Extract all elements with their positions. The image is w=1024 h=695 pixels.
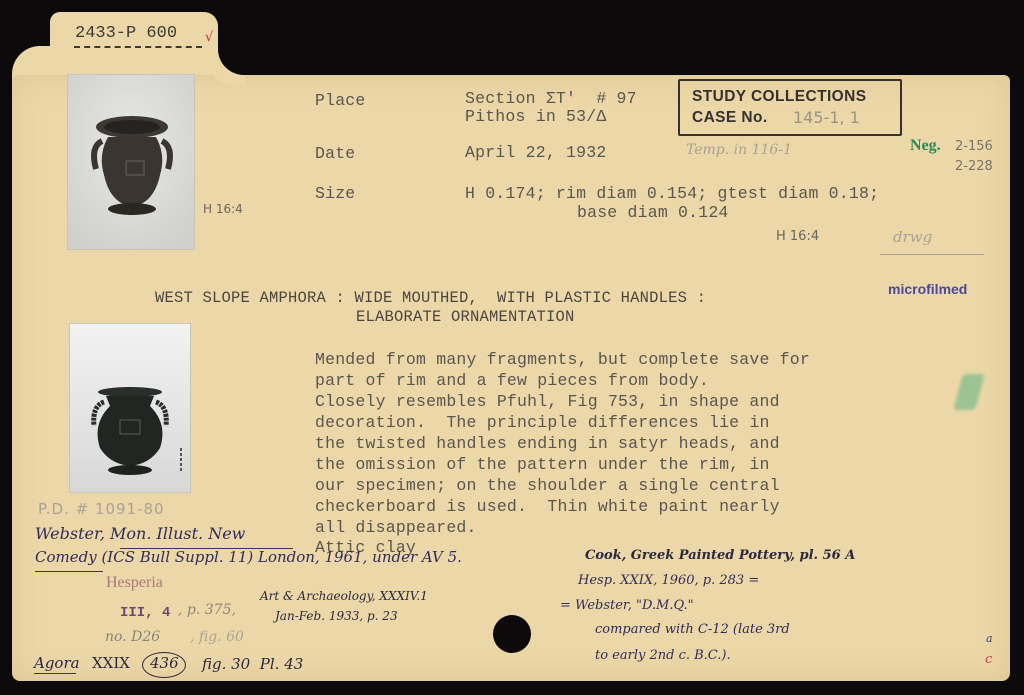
place-label: Place [315, 91, 366, 110]
art-archaeology-line2: Jan-Feb. 1933, p. 23 [275, 609, 398, 623]
date-value: April 22, 1932 [465, 143, 606, 162]
microfilmed-stamp: microfilmed [888, 281, 967, 297]
webster-ref-line2: Comedy (ICS Bull Suppl. 11) London, 1961… [35, 548, 462, 566]
cook-ref: Cook, Greek Painted Pottery, pl. 56 A [585, 548, 855, 563]
catalog-number: 2433-P 600 [75, 24, 177, 43]
card-tab-notch [218, 12, 258, 75]
compared-note-line1: compared with C-12 (late 3rd [595, 622, 790, 637]
neg-value-1: 2-156 [955, 139, 993, 154]
place-value-line1: Section ΣT' # 97 [465, 89, 637, 108]
margin-mark-c: c [985, 652, 992, 667]
drawing-note: drwg [893, 228, 932, 246]
agora-label: Agora [34, 654, 80, 672]
scale-note-1: H 16:4 [203, 202, 243, 216]
punch-hole [493, 615, 531, 653]
hesperia-volume: III, 4 [120, 605, 170, 621]
description-line: all disappeared. [315, 518, 477, 537]
description-line: checkerboard is used. Thin white paint n… [315, 497, 780, 516]
amphora-image-icon [68, 75, 194, 249]
hesperia-fig: , fig. 60 [190, 629, 244, 645]
margin-mark-a: a [986, 632, 993, 645]
hesperia-page: , p. 375, [178, 602, 236, 618]
agora-number: 436 [150, 654, 179, 672]
stamp-line2: CASE No. [692, 109, 768, 127]
object-title-line1: WEST SLOPE AMPHORA : WIDE MOUTHED, WITH … [155, 289, 706, 307]
size-value-line1: H 0.174; rim diam 0.154; gtest diam 0.18… [465, 184, 879, 203]
vase-photo-front [69, 323, 191, 493]
description-line: Closely resembles Pfuhl, Fig 753, in sha… [315, 392, 780, 411]
webster-dmq-ref: = Webster, "D.M.Q." [560, 598, 694, 613]
description-line: part of rim and a few pieces from body. [315, 371, 709, 390]
neg-value-2: 2-228 [955, 159, 993, 174]
stamp-line1: STUDY COLLECTIONS [692, 88, 866, 106]
agora-underline [34, 673, 76, 674]
description-line: decoration. The principle differences li… [315, 413, 770, 432]
object-title-line2: ELABORATE ORNAMENTATION [356, 308, 575, 326]
description-line: the omission of the pattern under the ri… [315, 455, 770, 474]
webster-ref-line1: Webster, Mon. Illust. New [35, 524, 245, 543]
vase-photo-side [67, 74, 195, 250]
date-label: Date [315, 144, 355, 163]
hesperia-no: no. D26 [105, 629, 160, 645]
size-label: Size [315, 184, 355, 203]
place-value-line2: Pithos in 53/Δ [465, 107, 606, 126]
description-line: Mended from many fragments, but complete… [315, 350, 810, 369]
case-number: 145-1, 1 [793, 108, 860, 127]
comedy-underline [35, 571, 103, 572]
hesperia-label: Hesperia [106, 574, 163, 592]
compared-note-line2: to early 2nd c. B.C.). [595, 648, 731, 663]
agora-fig: fig. 30 Pl. 43 [202, 655, 303, 673]
art-archaeology-line1: Art & Archaeology, XXXIV.1 [260, 589, 428, 603]
temp-location-note: Temp. in 116-1 [686, 142, 792, 158]
hesp-ref: Hesp. XXIX, 1960, p. 283 = [578, 573, 759, 588]
neg-label: Neg. [910, 137, 941, 155]
description-line: the twisted handles ending in satyr head… [315, 434, 780, 453]
amphora-image-icon [70, 324, 190, 492]
description-line: our specimen; on the shoulder a single c… [315, 476, 780, 495]
drawing-note-underline [880, 254, 984, 255]
check-mark-icon: √ [205, 30, 213, 45]
scale-note-2: H 16:4 [776, 229, 819, 244]
agora-volume: XXIX [92, 654, 130, 672]
size-value-line2: base diam 0.124 [577, 203, 729, 222]
photo-negative-number: P.D. # 1091-80 [38, 500, 165, 518]
catalog-number-underline [74, 46, 202, 48]
study-collections-stamp: STUDY COLLECTIONS CASE No. 145-1, 1 [678, 79, 902, 136]
